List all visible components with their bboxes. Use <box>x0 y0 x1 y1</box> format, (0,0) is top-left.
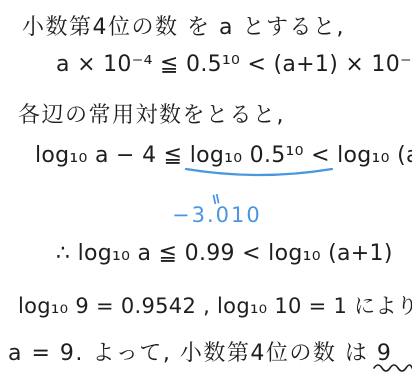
statement-define-a: 小数第4位の数 を a とすると, <box>22 10 345 41</box>
result-log-inequality: ∴ log₁₀ a ≦ 0.99 < log₁₀ (a+1) <box>56 241 393 266</box>
final-answer: 9 <box>377 341 393 366</box>
inequality-powers-of-ten: a × 10⁻⁴ ≦ 0.5¹⁰ < (a+1) × 10⁻⁴ <box>56 52 412 77</box>
log-inequality-left: log₁₀ a − 4 ≦ <box>35 143 190 168</box>
handwritten-note: 小数第4位の数 を a とすると, a × 10⁻⁴ ≦ 0.5¹⁰ < (a+… <box>0 0 412 385</box>
blue-underline-arc <box>184 166 334 182</box>
log-reference-values: log₁₀ 9 = 0.9542 , log₁₀ 10 = 1 により, <box>18 290 412 320</box>
log-term-text: log₁₀ 0.5¹⁰ <box>190 143 304 168</box>
statement-take-common-log: 各辺の常用対数をとると, <box>18 98 285 129</box>
log-inequality-right: < log₁₀ (a+1) − 4 <box>304 143 412 168</box>
log-inequality-line: log₁₀ a − 4 ≦ log₁₀ 0.5¹⁰ < log₁₀ (a+1) … <box>35 143 412 168</box>
log-value-annotation: −3.010 <box>172 203 262 227</box>
conclusion-line: a = 9. よって, 小数第4位の数 は 9 <box>8 336 392 367</box>
conclusion-text: a = 9. よって, 小数第4位の数 は <box>8 341 377 366</box>
log-term-underlined: log₁₀ 0.5¹⁰ <box>190 143 304 168</box>
wavy-underline <box>373 363 412 373</box>
